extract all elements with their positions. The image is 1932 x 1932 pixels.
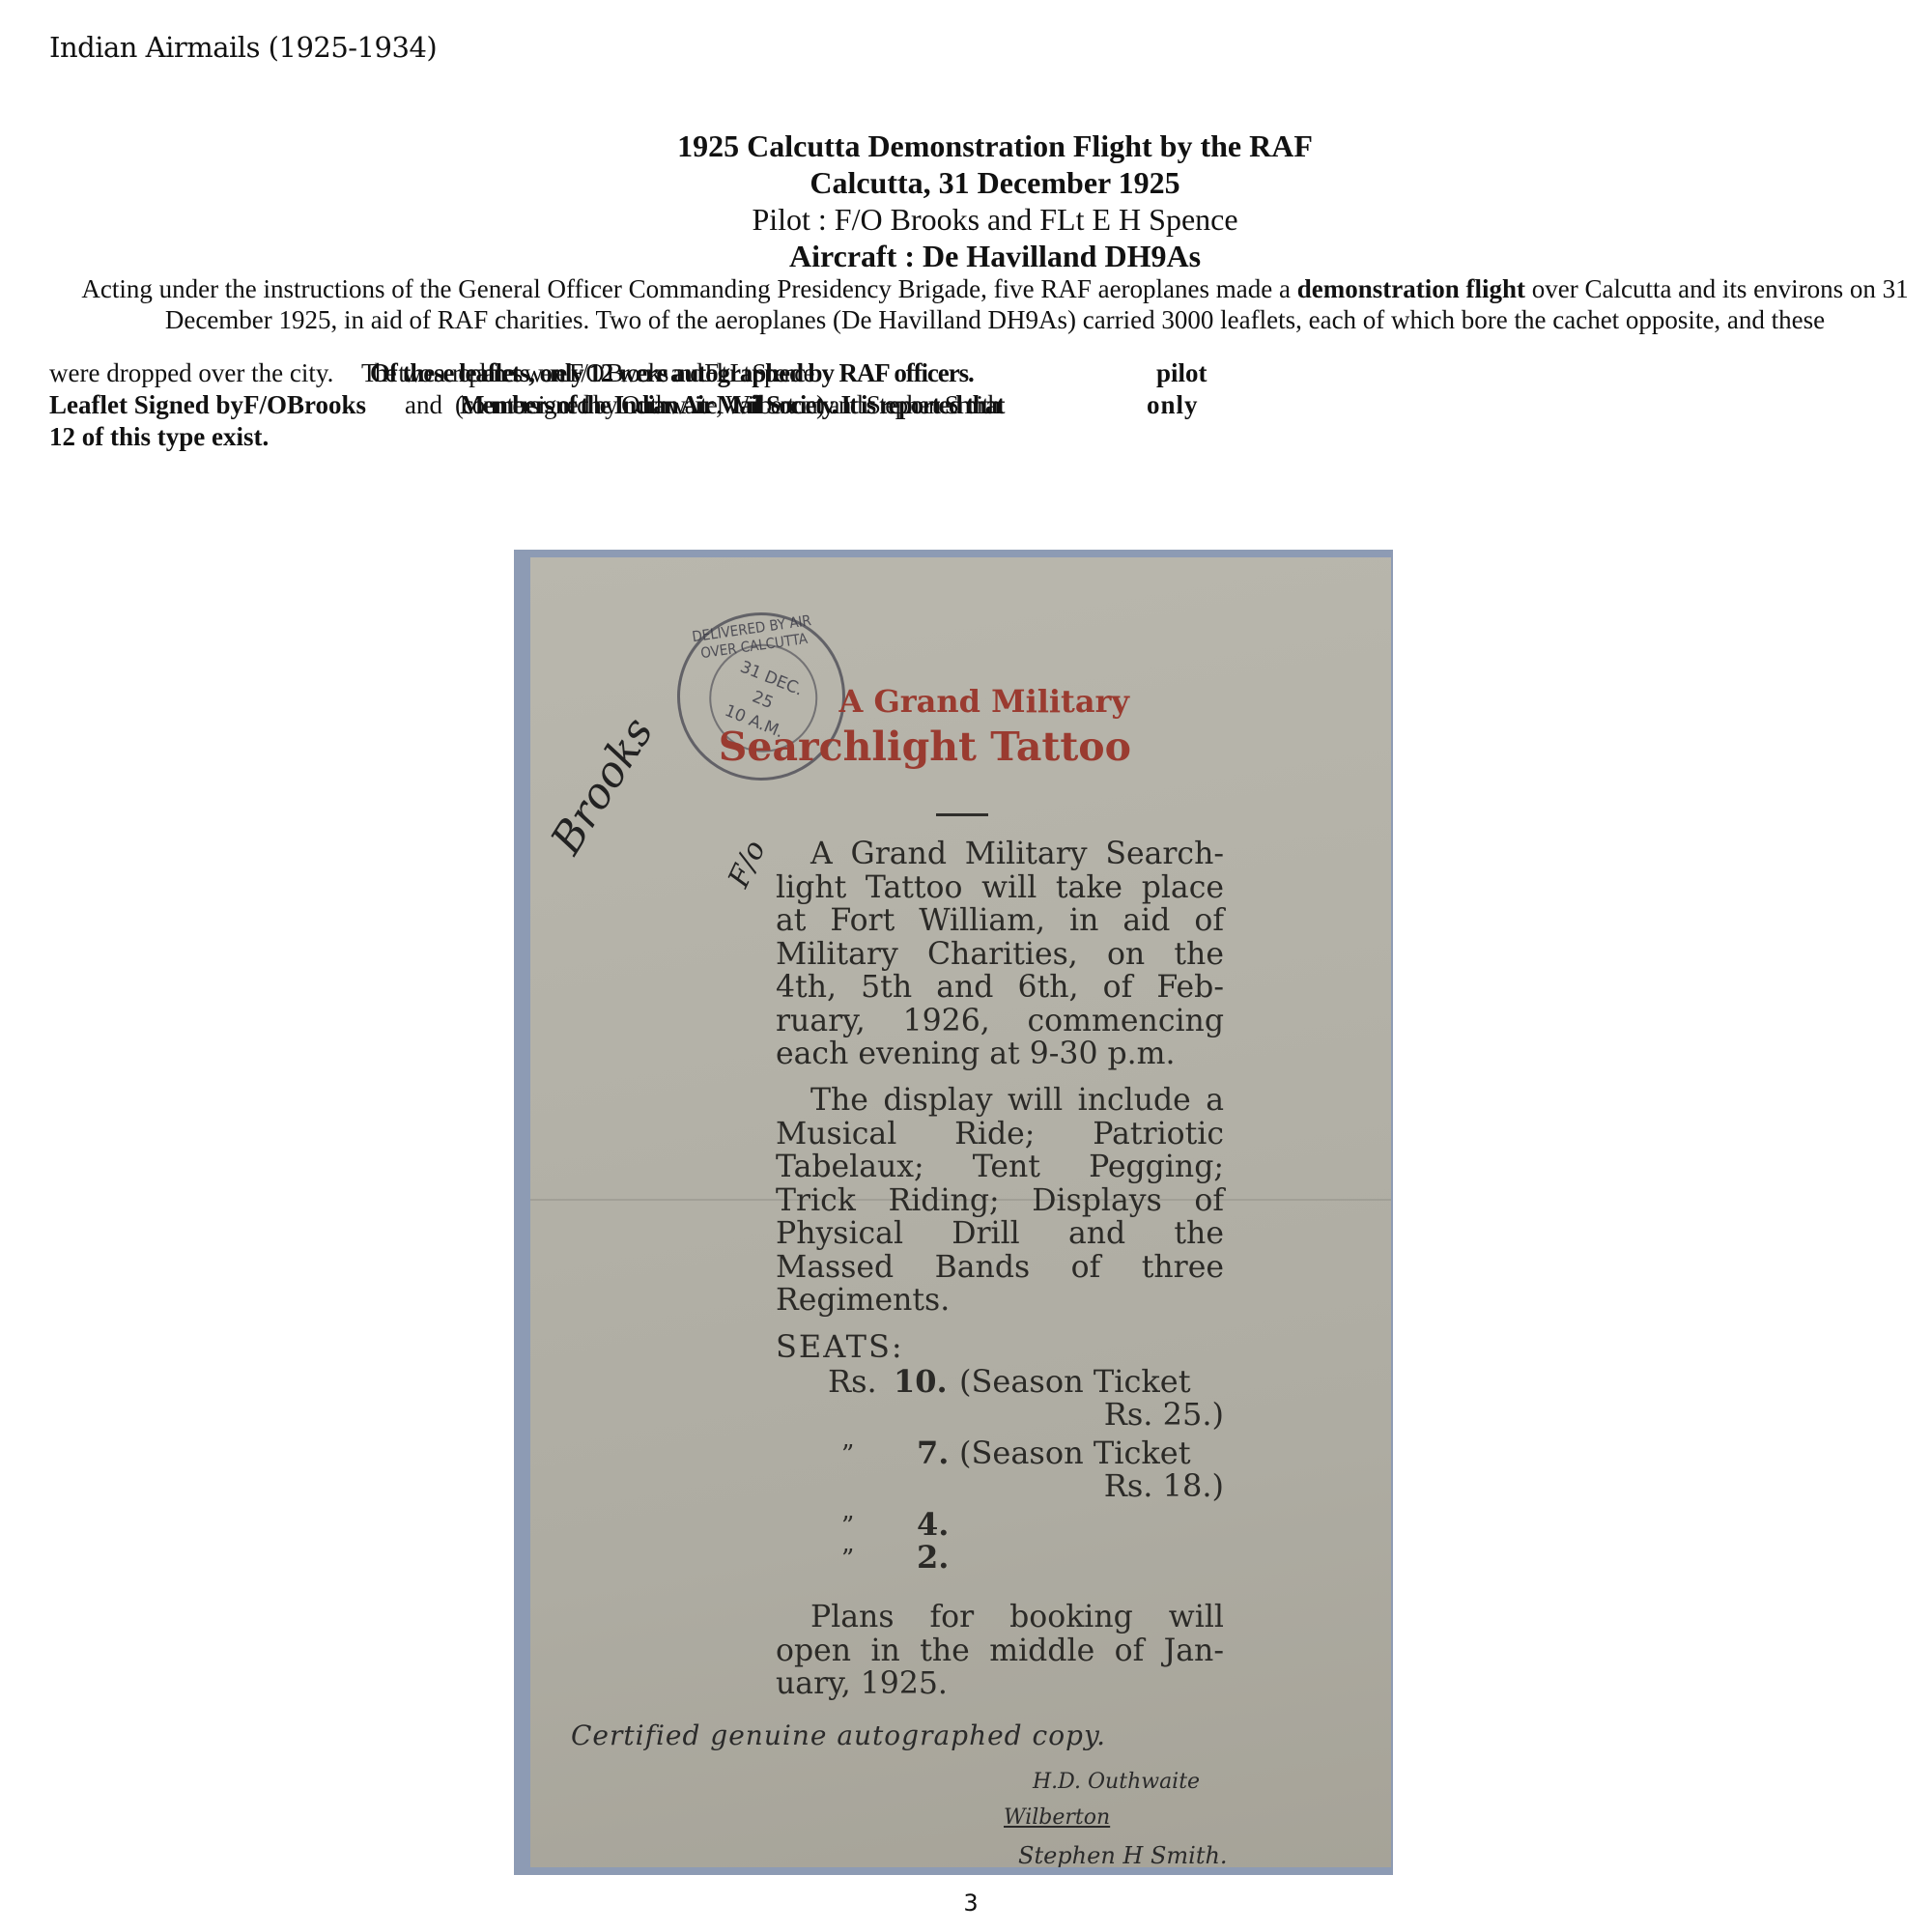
certification-note: Certified genuine autographed copy.: [571, 1719, 1106, 1751]
seat-ditto: ”: [841, 1512, 854, 1541]
seat-prefix: Rs.: [828, 1363, 877, 1400]
page-title: 1925 Calcutta Demonstration Flight by th…: [0, 128, 1932, 164]
notes-line-2: Leaflet Signed byF/OBrooks and (counters…: [49, 389, 1247, 421]
seat-amount: 4.: [917, 1506, 949, 1543]
seat-row-cont: Rs. 18.): [776, 1467, 1230, 1500]
seats-label-row: SEATS:: [776, 1328, 1230, 1363]
seat-season-amount: Rs. 18.): [1104, 1467, 1224, 1504]
signature-smith: Stephen H Smith.: [1018, 1842, 1228, 1867]
seat-row: Rs. 10. (Season Ticket: [776, 1363, 1230, 1396]
pilot-rank-signature: F/o: [722, 836, 772, 893]
seats-block: SEATS: Rs. 10. (Season Ticket Rs. 25.) ”…: [776, 1328, 1230, 1572]
leaflet-title-1: A Grand Military: [724, 683, 1129, 720]
seat-amount: 10.: [894, 1363, 948, 1400]
leaflet-paper: DELIVERED BY AIR OVER CALCUTTA 31 DEC. 2…: [530, 557, 1391, 1867]
notes-tail: pilot: [1156, 357, 1207, 389]
notes-line-1: were dropped over the city. The two aero…: [49, 357, 1247, 389]
intro-text-1: Acting under the instructions of the Gen…: [81, 274, 1296, 303]
seat-row-cont: Rs. 25.): [776, 1396, 1230, 1429]
signature-wilberton: Wilberton: [1004, 1805, 1110, 1830]
title-rule: [936, 813, 988, 816]
notes-overlap-d: Members of the Indian Air Mail Society. …: [460, 389, 1004, 421]
seat-row: ” 4.: [776, 1506, 1230, 1539]
seat-ditto: ”: [841, 1440, 854, 1469]
leaflet-paragraph-2: The display will include a Musical Ride;…: [776, 1084, 1224, 1318]
flight-date: Calcutta, 31 December 1925: [0, 164, 1932, 201]
seat-season: (Season Ticket: [959, 1435, 1191, 1471]
leaflet-title-2: Searchlight Tattoo: [704, 724, 1131, 770]
seat-season-amount: Rs. 25.): [1104, 1396, 1224, 1433]
notes-and: and: [405, 389, 442, 421]
seat-season: (Season Ticket: [959, 1363, 1191, 1400]
seat-amount: 2.: [917, 1539, 949, 1576]
seat-ditto: ”: [841, 1545, 854, 1574]
seat-amount: 7.: [917, 1435, 949, 1471]
leaflet-paragraph-3: Plans for booking will open in the middl…: [776, 1601, 1224, 1701]
notes-text: were dropped over the city.: [49, 357, 333, 389]
notes-text-3: 12 of this type exist.: [49, 421, 269, 453]
pilot-line: Pilot : F/O Brooks and FLt E H Spence: [0, 201, 1932, 238]
pilot-signature: Brooks: [542, 709, 664, 863]
seats-label: SEATS:: [776, 1328, 904, 1365]
notes-signed: Leaflet Signed byF/OBrooks: [49, 389, 366, 421]
seat-row: ” 2.: [776, 1539, 1230, 1572]
running-head: Indian Airmails (1925-1934): [49, 31, 437, 64]
notes-line-3: 12 of this type exist.: [49, 421, 1247, 453]
notes-tail-2: only: [1147, 389, 1199, 421]
intro-paragraph: Acting under the instructions of the Gen…: [39, 273, 1932, 335]
signature-outhwaite: H.D. Outhwaite: [1033, 1770, 1200, 1794]
notes-overlap-b: Of these leaflets, only 12 were autograp…: [370, 357, 974, 389]
aircraft-line: Aircraft : De Havilland DH9As: [0, 238, 1932, 274]
leaflet-photo: DELIVERED BY AIR OVER CALCUTTA 31 DEC. 2…: [514, 550, 1393, 1875]
intro-bold: demonstration flight: [1297, 274, 1525, 303]
page-number: 3: [0, 1889, 1932, 1917]
leaflet-paragraph-1: A Grand Military Search-light Tattoo wil…: [776, 838, 1224, 1071]
notes-block: were dropped over the city. The two aero…: [49, 357, 1247, 453]
seat-row: ” 7. (Season Ticket: [776, 1435, 1230, 1467]
header-block: 1925 Calcutta Demonstration Flight by th…: [0, 128, 1932, 274]
